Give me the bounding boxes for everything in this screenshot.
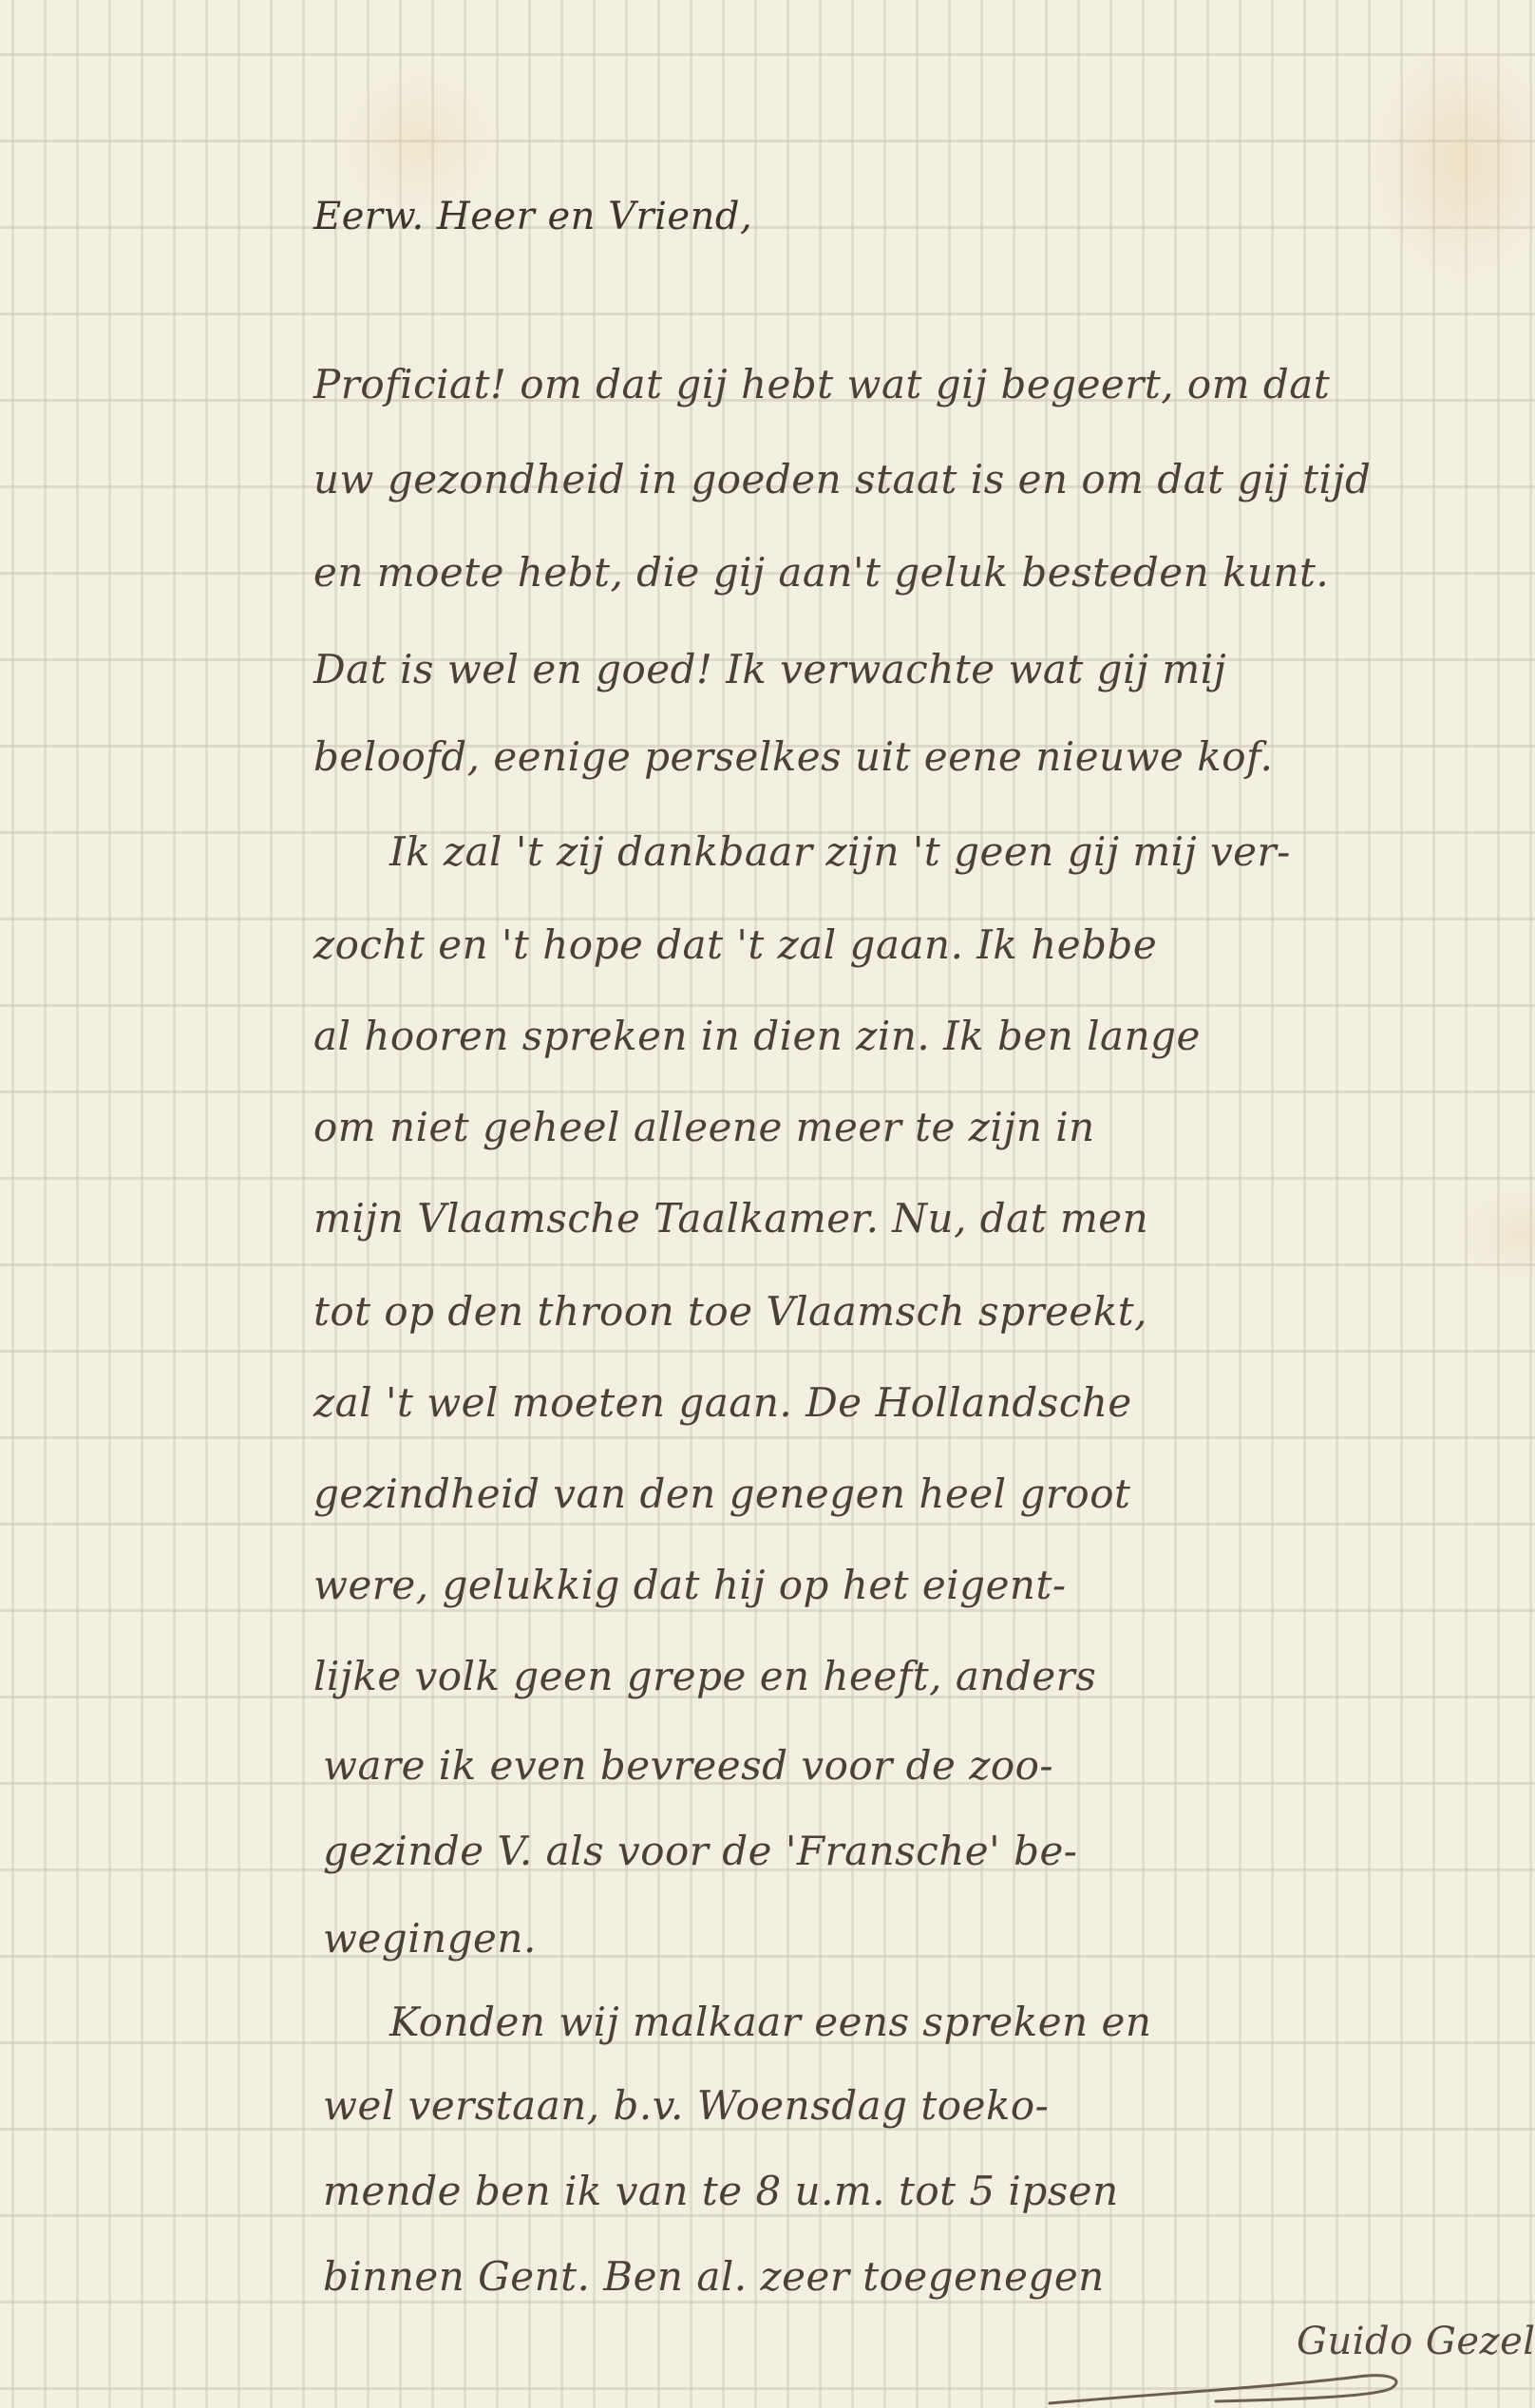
letter-line-5: beloofd, eenige perselkes uit eene nieuw… — [313, 737, 1273, 777]
signature: Guido Gezelle — [1297, 2323, 1535, 2361]
letter-line-15: lijke volk geen grepe en heeft, anders — [313, 1657, 1096, 1697]
letter-line-7: zocht en 't hope dat 't zal gaan. Ik heb… — [313, 925, 1157, 965]
letter-line-19: Konden wij malkaar eens spreken en — [389, 2002, 1151, 2042]
letter-line-18: wegingen. — [323, 1919, 537, 1959]
letter-line-17: gezinde V. als voor de 'Fransche' be- — [323, 1831, 1078, 1871]
salutation: Eerw. Heer en Vriend, — [313, 198, 752, 236]
letter-line-13: gezindheid van den genegen heel groot — [313, 1474, 1130, 1514]
letter-line-21: mende ben ik van te 8 u.m. tot 5 ipsen — [323, 2171, 1119, 2211]
letter-page: Eerw. Heer en Vriend, Proficiat! om dat … — [0, 0, 1535, 2408]
letter-line-8: al hooren spreken in dien zin. Ik ben la… — [313, 1016, 1201, 1056]
letter-line-20: wel verstaan, b.v. Woensdag toeko- — [323, 2086, 1049, 2126]
letter-line-22: binnen Gent. Ben al. zeer toegenegen — [323, 2257, 1105, 2297]
letter-line-14: were, gelukkig dat hij op het eigent- — [313, 1565, 1067, 1605]
letter-line-3: en moete hebt, die gij aan't geluk beste… — [313, 553, 1329, 593]
letter-line-12: zal 't wel moeten gaan. De Hollandsche — [313, 1383, 1132, 1423]
letter-line-2: uw gezondheid in goeden staat is en om d… — [313, 460, 1371, 500]
letter-line-6: Ik zal 't zij dankbaar zijn 't geen gij … — [389, 832, 1291, 872]
letter-line-10: mijn Vlaamsche Taalkamer. Nu, dat men — [313, 1199, 1148, 1239]
letter-line-1: Proficiat! om dat gij hebt wat gij begee… — [313, 365, 1330, 405]
signature-flourish-icon — [1045, 2365, 1444, 2408]
letter-line-4: Dat is wel en goed! Ik verwachte wat gij… — [313, 650, 1226, 690]
letter-line-16: ware ik even bevreesd voor de zoo- — [323, 1746, 1053, 1786]
letter-line-11: tot op den throon toe Vlaamsch spreekt, — [313, 1292, 1147, 1332]
letter-line-9: om niet geheel alleene meer te zijn in — [313, 1108, 1095, 1147]
